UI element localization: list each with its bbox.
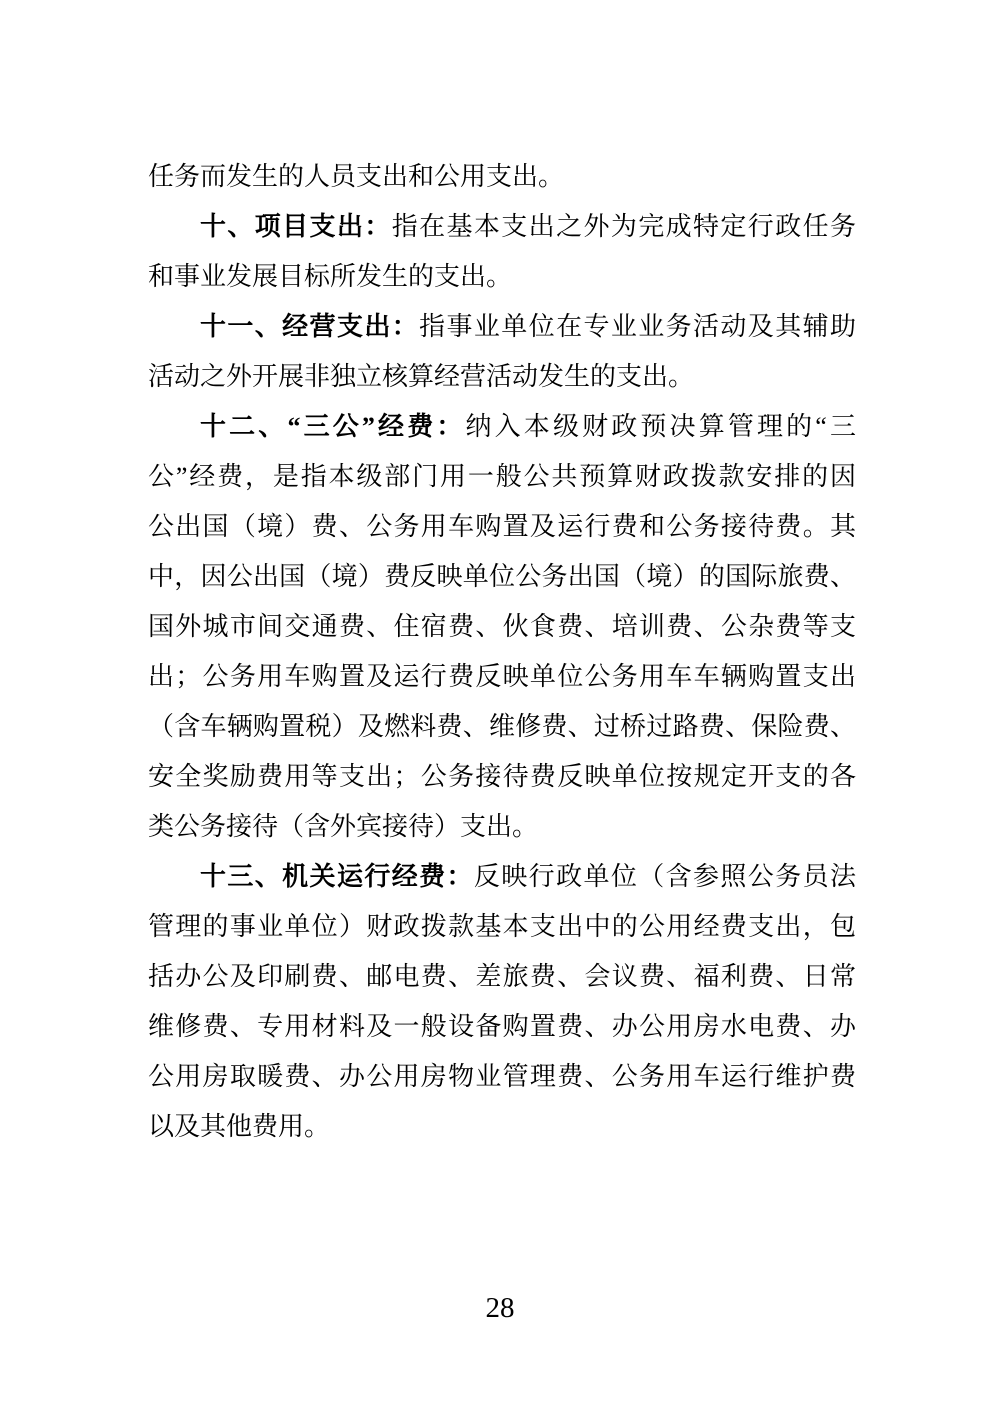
- term-label: 十、项目支出：: [200, 212, 392, 241]
- term-definition-text: 纳入本级财政预决算管理的“三: [466, 412, 856, 441]
- text-line: 任务而发生的人员支出和公用支出。: [148, 152, 856, 202]
- text-line: 十、项目支出：指在基本支出之外为完成特定行政任务: [148, 202, 856, 252]
- term-label: 十一、经营支出：: [200, 312, 419, 341]
- text-line: 公用房取暖费、办公用房物业管理费、公务用车运行维护费: [148, 1052, 856, 1102]
- text-line: 管理的事业单位）财政拨款基本支出中的公用经费支出，包: [148, 902, 856, 952]
- text-line: 中，因公出国（境）费反映单位公务出国（境）的国际旅费、: [148, 552, 856, 602]
- document-page: 任务而发生的人员支出和公用支出。十、项目支出：指在基本支出之外为完成特定行政任务…: [0, 0, 1000, 1414]
- term-label: 十三、机关运行经费：: [200, 862, 474, 891]
- text-line: 类公务接待（含外宾接待）支出。: [148, 802, 856, 852]
- text-line: 维修费、专用材料及一般设备购置费、办公用房水电费、办: [148, 1002, 856, 1052]
- page-number: 28: [0, 1292, 1000, 1324]
- text-line: 公出国（境）费、公务用车购置及运行费和公务接待费。其: [148, 502, 856, 552]
- text-line: 公”经费，是指本级部门用一般公共预算财政拨款安排的因: [148, 452, 856, 502]
- document-body: 任务而发生的人员支出和公用支出。十、项目支出：指在基本支出之外为完成特定行政任务…: [148, 152, 856, 1152]
- term-definition-text: 反映行政单位（含参照公务员法: [474, 862, 856, 891]
- text-line: 十二、“三公”经费：纳入本级财政预决算管理的“三: [148, 402, 856, 452]
- text-line: 括办公及印刷费、邮电费、差旅费、会议费、福利费、日常: [148, 952, 856, 1002]
- text-line: 出；公务用车购置及运行费反映单位公务用车车辆购置支出: [148, 652, 856, 702]
- text-line: 和事业发展目标所发生的支出。: [148, 252, 856, 302]
- term-definition-text: 指事业单位在专业业务活动及其辅助: [419, 312, 856, 341]
- text-line: 十一、经营支出：指事业单位在专业业务活动及其辅助: [148, 302, 856, 352]
- text-line: 十三、机关运行经费：反映行政单位（含参照公务员法: [148, 852, 856, 902]
- term-label: 十二、“三公”经费：: [200, 412, 466, 441]
- text-line: 安全奖励费用等支出；公务接待费反映单位按规定开支的各: [148, 752, 856, 802]
- term-definition-text: 指在基本支出之外为完成特定行政任务: [392, 212, 856, 241]
- text-line: 国外城市间交通费、住宿费、伙食费、培训费、公杂费等支: [148, 602, 856, 652]
- text-line: 以及其他费用。: [148, 1102, 856, 1152]
- text-line: 活动之外开展非独立核算经营活动发生的支出。: [148, 352, 856, 402]
- text-line: （含车辆购置税）及燃料费、维修费、过桥过路费、保险费、: [148, 702, 856, 752]
